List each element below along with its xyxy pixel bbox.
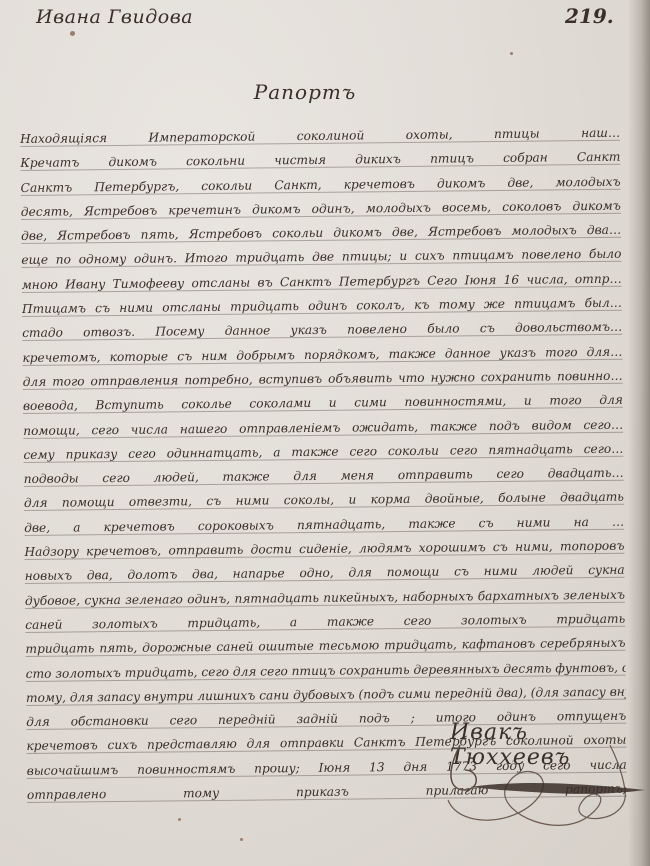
ink-spot: [510, 52, 513, 55]
header-name: Ивана Гвидова: [36, 6, 193, 28]
ink-spot: [70, 31, 75, 36]
document-body: Находящіяся Императорской соколиной охот…: [20, 121, 627, 808]
signature-flourish-icon: [440, 735, 650, 835]
document-title: Рапортъ: [0, 80, 610, 104]
page-number: 219.: [565, 4, 614, 28]
manuscript-page: Ивана Гвидова 219. Рапортъ Находящіяся И…: [0, 0, 650, 866]
ink-spot: [240, 838, 243, 841]
ink-spot: [178, 818, 181, 821]
